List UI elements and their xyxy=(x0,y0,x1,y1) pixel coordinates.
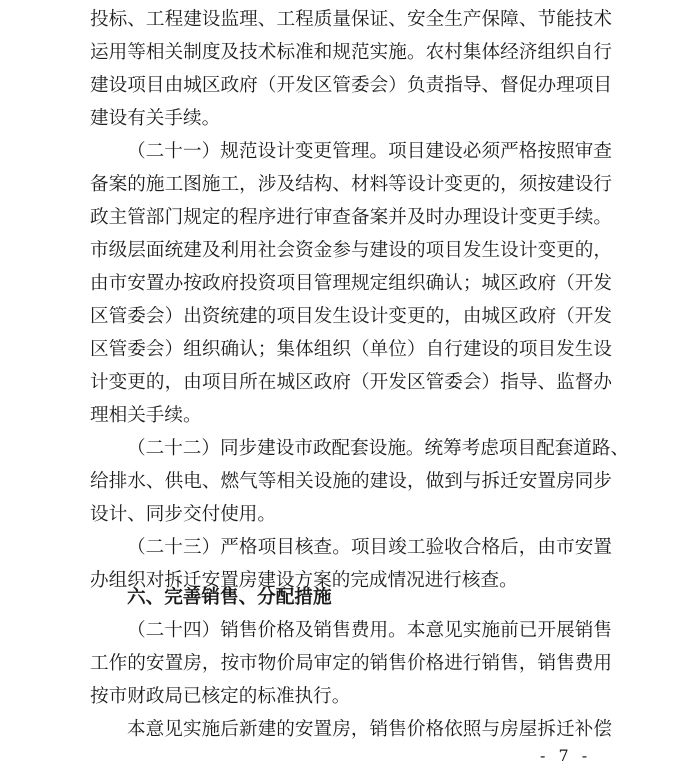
text-line: 工作的安置房，按市物价局审定的销售价格进行销售，销售费用 xyxy=(90,648,612,680)
text-line: 区管委会）组织确认；集体组织（单位）自行建设的项目发生设 xyxy=(90,334,612,366)
document-page: 投标、工程建设监理、工程质量保证、安全生产保障、节能技术 运用等相关制度及技术标… xyxy=(0,0,679,773)
text-line: 备案的施工图施工，涉及结构、材料等设计变更的，须按建设行 xyxy=(90,169,612,201)
text-line: 计变更的，由项目所在城区政府（开发区管委会）指导、监督办 xyxy=(90,367,612,399)
page-number: - 7 - xyxy=(540,746,591,765)
paragraph-23-title: （二十三）严格项目核查。项目竣工验收合格后，由市安置 xyxy=(127,532,612,564)
text-line: 由市安置办按政府投资项目管理规定组织确认；城区政府（开发 xyxy=(90,268,612,300)
text-line: 给排水、供电、燃气等相关设施的建设，做到与拆迁安置房同步 xyxy=(90,466,612,498)
paragraph-24-title: （二十四）销售价格及销售费用。本意见实施前已开展销售 xyxy=(127,615,612,647)
paragraph-21-title: （二十一）规范设计变更管理。项目建设必须严格按照审查 xyxy=(127,136,612,168)
text-line: 区管委会）出资统建的项目发生设计变更的，由城区政府（开发 xyxy=(90,301,612,333)
section-heading: 六、完善销售、分配措施 xyxy=(127,582,612,614)
text-line: 本意见实施后新建的安置房，销售价格依照与房屋拆迁补偿 xyxy=(127,714,612,746)
paragraph-22-title: （二十二）同步建设市政配套设施。统筹考虑项目配套道路、 xyxy=(127,433,612,465)
text-line: 建设有关手续。 xyxy=(90,103,612,135)
text-line: 建设项目由城区政府（开发区管委会）负责指导、督促办理项目 xyxy=(90,70,612,102)
text-line: 运用等相关制度及技术标准和规范实施。农村集体经济组织自行 xyxy=(90,37,612,69)
text-line: 按市财政局已核定的标准执行。 xyxy=(90,681,612,713)
text-line: 政主管部门规定的程序进行审查备案并及时办理设计变更手续。 xyxy=(90,202,612,234)
text-line: 市级层面统建及利用社会资金参与建设的项目发生设计变更的， xyxy=(90,235,612,267)
text-line: 设计、同步交付使用。 xyxy=(90,499,612,531)
text-line: 投标、工程建设监理、工程质量保证、安全生产保障、节能技术 xyxy=(90,4,612,36)
text-line: 理相关手续。 xyxy=(90,400,612,432)
